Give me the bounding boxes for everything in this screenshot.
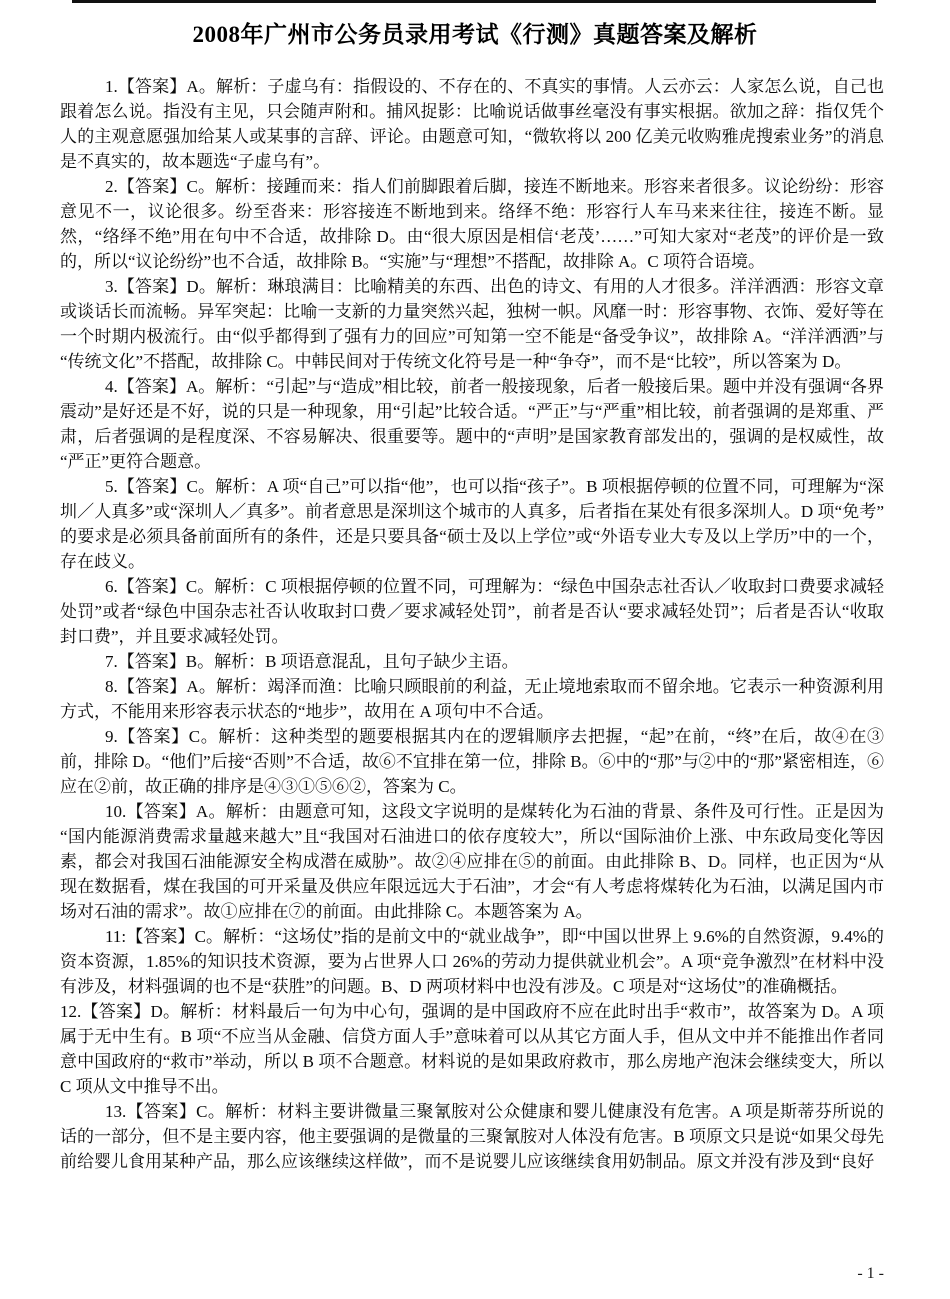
document-page: 2008年广州市公务员录用考试《行测》真题答案及解析 1.【答案】A。解析：子虚… [0, 0, 950, 1299]
answer-item-7: 7.【答案】B。解析：B 项语意混乱，且句子缺少主语。 [60, 649, 884, 674]
header-rule-line [72, 0, 876, 3]
answer-item-6: 6.【答案】C。解析：C 项根据停顿的位置不同，可理解为：“绿色中国杂志社否认／… [60, 574, 884, 649]
answer-item-9: 9.【答案】C。解析：这种类型的题要根据其内在的逻辑顺序去把握，“起”在前，“终… [60, 724, 884, 799]
answer-item-4: 4.【答案】A。解析：“引起”与“造成”相比较，前者一般接现象，后者一般接后果。… [60, 374, 884, 474]
answer-item-3: 3.【答案】D。解析：琳琅满目：比喻精美的东西、出色的诗文、有用的人才很多。洋洋… [60, 274, 884, 374]
answer-item-5: 5.【答案】C。解析：A 项“自己”可以指“他”，也可以指“孩子”。B 项根据停… [60, 474, 884, 574]
page-title: 2008年广州市公务员录用考试《行测》真题答案及解析 [70, 16, 880, 49]
answer-item-12: 12.【答案】D。解析：材料最后一句为中心句，强调的是中国政府不应在此时出手“救… [60, 999, 884, 1099]
answer-item-8: 8.【答案】A。解析：竭泽而渔：比喻只顾眼前的利益，无止境地索取而不留余地。它表… [60, 674, 884, 724]
answer-item-10: 10.【答案】A。解析：由题意可知，这段文字说明的是煤转化为石油的背景、条件及可… [60, 799, 884, 924]
answer-item-1: 1.【答案】A。解析：子虚乌有：指假设的、不存在的、不真实的事情。人云亦云：人家… [60, 74, 884, 174]
page-number: - 1 - [857, 1265, 884, 1283]
answer-item-13: 13.【答案】C。解析：材料主要讲微量三聚氰胺对公众健康和婴儿健康没有危害。A … [60, 1099, 884, 1174]
answer-explanation-list: 1.【答案】A。解析：子虚乌有：指假设的、不存在的、不真实的事情。人云亦云：人家… [60, 74, 884, 1174]
answer-item-2: 2.【答案】C。解析：接踵而来：指人们前脚跟着后脚，接连不断地来。形容来者很多。… [60, 174, 884, 274]
answer-item-11: 11:【答案】C。解析：“这场仗”指的是前文中的“就业战争”，即“中国以世界上 … [60, 924, 884, 999]
